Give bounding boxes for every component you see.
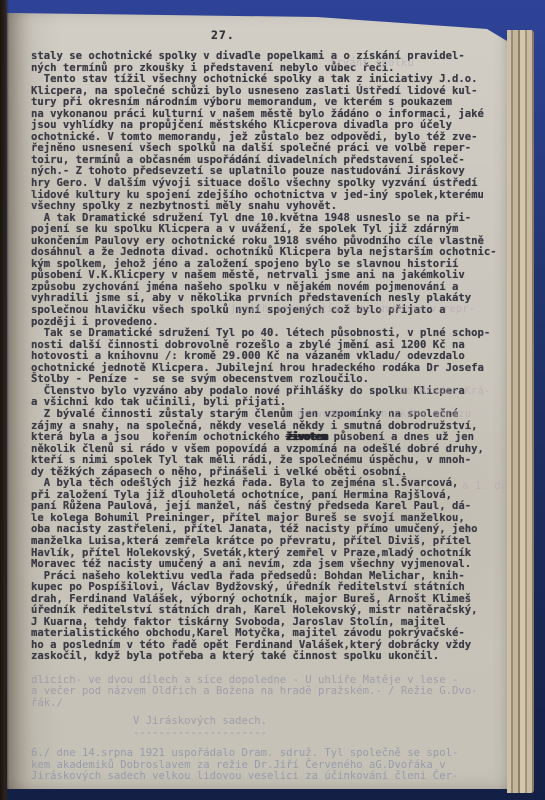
document-page: 27. staly se ochotnické spolky v divadle… [7, 11, 507, 789]
text-line: Jiráskových sadech velkou lidovou veseli… [31, 771, 501, 783]
text-line: a večer pod názvem Oldřich a Božena na h… [31, 686, 501, 698]
text-line: řák./ [31, 698, 501, 710]
text-line: Moravec též nacisty umučený a ani nevím,… [31, 559, 501, 571]
text-line: kupec po Pospíšilovi, Václav Bydžovský, … [31, 582, 501, 594]
overstruck-word: životem [286, 431, 327, 443]
bleedthrough-fragment: trvání spolku [330, 57, 414, 69]
book-gutter-shadow [0, 0, 9, 800]
text-line: která byla a jsou kořením ochotnického ž… [31, 432, 501, 444]
text-line: Tento stav tížil všechny ochotnické spol… [31, 74, 501, 86]
bleedthrough-fragment: provedení scénického obrazu [297, 408, 471, 420]
text-line: Tak se Dramatické sdružení Tyl po 40. lé… [31, 328, 501, 340]
text-line: všechny spolky z nezbytnosti měly snahu … [31, 201, 501, 213]
text-line: staly se ochotnické spolky v divadle pop… [31, 51, 501, 63]
text-line: kteří s nimi spolek Tyl tak měli rádi, ž… [31, 455, 501, 467]
text-line: hry Gero. V dalším vývoji situace došlo … [31, 178, 501, 190]
bleedthrough-fragment: jejich inscenacím jsou uvedeny v repr- [230, 303, 475, 315]
text-line [31, 663, 501, 675]
book-page-edges [507, 30, 534, 793]
text-line: tury při okresním národním výboru memora… [31, 97, 501, 109]
text-line: manželka Luisa,která zemřela krátce po p… [31, 536, 501, 548]
bleedthrough-fragment: do Hradce Krá- [400, 385, 490, 397]
text-line: V Jiráskových sadech. [31, 716, 501, 728]
page-number: 27. [211, 28, 235, 42]
text-line: --------------------- [31, 728, 501, 740]
text-line: zaskočil, když byla potřeba a který také… [31, 651, 501, 663]
